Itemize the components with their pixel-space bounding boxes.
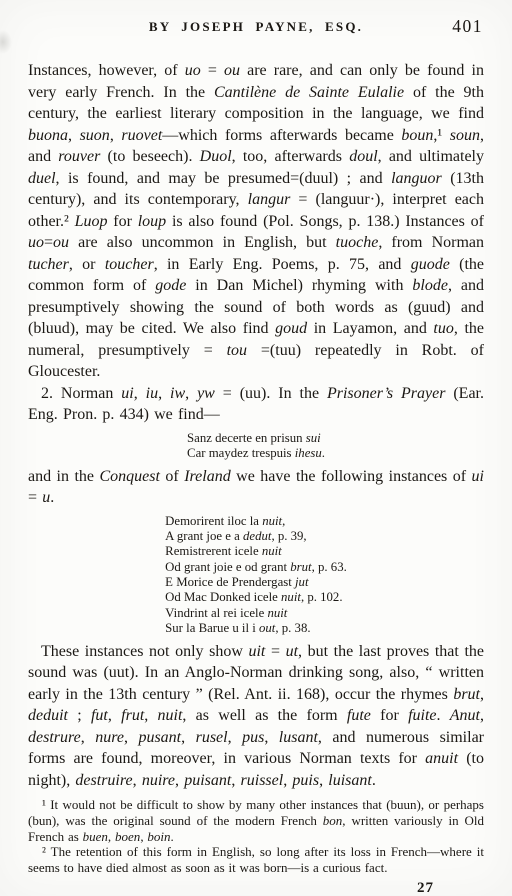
signature-mark: 27 <box>28 880 484 896</box>
verse-line: Od Mac Donked icele nuit, p. 102. <box>165 590 347 605</box>
verse-line: E Morice de Prendergast jut <box>165 575 347 590</box>
verse-line: Od grant joie e od grant brut, p. 63. <box>165 560 347 575</box>
scan-smudge-artifact <box>0 30 12 54</box>
verse-line: A grant joe e a dedut, p. 39, <box>165 529 347 544</box>
paragraph-uo-ou-instances: Instances, however, of uo = ou are rare,… <box>28 60 484 383</box>
verse-line: Car maydez trespuis ihesu. <box>187 446 325 461</box>
paragraph-these-instances: These instances not only show uit = ut, … <box>28 641 484 792</box>
paragraph-norman-ui: 2. Norman ui, iu, iw, yw = (uu). In the … <box>28 383 484 426</box>
verse-line: Demorirent iloc la nuit, <box>165 514 347 529</box>
verse-conquest-of-ireland: Demorirent iloc la nuit, A grant joe e a… <box>28 514 484 637</box>
verse-line: Sur la Barue u il i out, p. 38. <box>165 621 347 636</box>
page-content: Instances, however, of uo = ou are rare,… <box>28 60 484 791</box>
paragraph-conquest-of-ireland: and in the Conquest of Ireland we have t… <box>28 466 484 509</box>
verse-block: Demorirent iloc la nuit, A grant joe e a… <box>165 514 347 636</box>
footnote-2: ² The retention of this form in English,… <box>28 844 484 875</box>
verse-line: Sanz decerte en prisun sui <box>187 431 325 446</box>
book-page: BY JOSEPH PAYNE, ESQ. 401 Instances, how… <box>0 0 512 896</box>
verse-line: Remistrerent icele nuit <box>165 544 347 559</box>
page-number: 401 <box>452 16 483 37</box>
verse-line: Vindrint al rei icele nuit <box>165 606 347 621</box>
verse-block: Sanz decerte en prisun sui Car maydez tr… <box>187 431 325 462</box>
page-header: BY JOSEPH PAYNE, ESQ. 401 <box>28 16 484 38</box>
footnotes-section: ¹ It would not be difficult to show by m… <box>28 791 484 875</box>
running-title: BY JOSEPH PAYNE, ESQ. <box>28 19 484 35</box>
footnote-1: ¹ It would not be difficult to show by m… <box>28 797 484 844</box>
verse-prisoners-prayer: Sanz decerte en prisun sui Car maydez tr… <box>28 431 484 462</box>
